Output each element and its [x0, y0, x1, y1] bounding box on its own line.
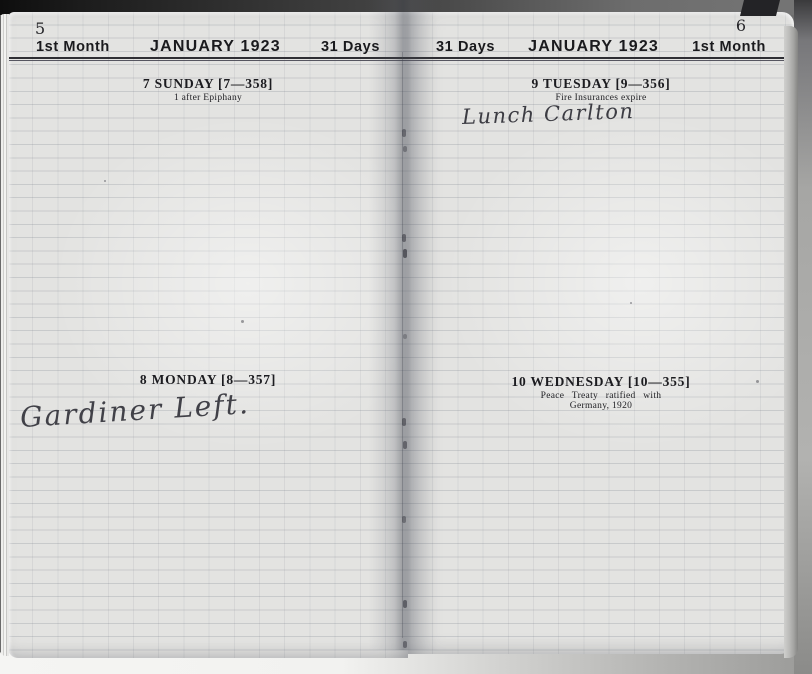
day-title-monday-8: 8 MONDAY [8—357]	[8, 372, 408, 388]
day-note-wednesday-10-line2: Germany, 1920	[408, 401, 794, 411]
header-row-right: 31 Days JANUARY 1923 1st Month	[408, 38, 794, 56]
day-entry-tuesday-9: 9 TUESDAY [9—356] Fire Insurances expire	[408, 76, 794, 103]
day-entry-sunday-7: 7 SUNDAY [7—358] 1 after Epiphany	[8, 76, 408, 103]
center-fold-line	[402, 52, 403, 638]
day-title-tuesday-9: 9 TUESDAY [9—356]	[408, 76, 794, 92]
binding-stitch	[403, 600, 407, 608]
handwritten-note-monday-8: Gardiner Left.	[19, 387, 250, 434]
paper-speck	[630, 302, 632, 304]
book-cover-corner	[740, 0, 780, 16]
day-note-sunday-7: 1 after Epiphany	[8, 93, 408, 103]
page-stack-edge-left	[0, 14, 9, 656]
binding-stitch	[403, 249, 407, 258]
header-double-rule-right	[408, 57, 794, 62]
paper-speck	[241, 320, 244, 323]
page-stack-edge-right	[784, 26, 798, 658]
month-year-title-left: JANUARY 1923	[150, 38, 281, 56]
day-note-wednesday-10-line1: Peace Treaty ratified with	[408, 391, 794, 401]
day-entry-monday-8: 8 MONDAY [8—357]	[8, 372, 408, 388]
month-ordinal-label-right: 1st Month	[692, 39, 766, 55]
binding-stitch	[402, 234, 406, 242]
month-year-title-right: JANUARY 1923	[528, 38, 659, 56]
binding-stitch	[403, 334, 407, 339]
day-title-wednesday-10: 10 WEDNESDAY [10—355]	[408, 374, 794, 390]
page-header-left: 1st Month JANUARY 1923 31 Days	[8, 12, 408, 58]
header-row-left: 1st Month JANUARY 1923 31 Days	[8, 38, 408, 56]
binding-stitch	[403, 146, 407, 152]
day-title-sunday-7: 7 SUNDAY [7—358]	[8, 76, 408, 92]
binding-stitch	[402, 418, 406, 426]
paper-speck	[756, 380, 759, 383]
diary-scan: 5 1st Month JANUARY 1923 31 Days 7 SUNDA…	[0, 0, 812, 674]
handwritten-note-tuesday-9: Lunch Carlton	[462, 99, 635, 129]
days-count-label-left: 31 Days	[321, 39, 380, 55]
diary-page-right: 6 31 Days JANUARY 1923 1st Month 9 TUESD…	[408, 12, 794, 654]
page-header-right: 31 Days JANUARY 1923 1st Month	[408, 12, 794, 58]
header-double-rule-left	[8, 57, 408, 62]
days-count-label-right: 31 Days	[436, 39, 495, 55]
day-entry-wednesday-10: 10 WEDNESDAY [10—355] Peace Treaty ratif…	[408, 374, 794, 411]
binding-stitch	[403, 441, 407, 449]
diary-page-left: 5 1st Month JANUARY 1923 31 Days 7 SUNDA…	[8, 12, 408, 658]
binding-stitch	[402, 129, 406, 137]
paper-speck	[104, 180, 106, 182]
month-ordinal-label-left: 1st Month	[36, 39, 110, 55]
binding-stitch	[403, 641, 407, 648]
binding-stitch	[402, 516, 406, 523]
